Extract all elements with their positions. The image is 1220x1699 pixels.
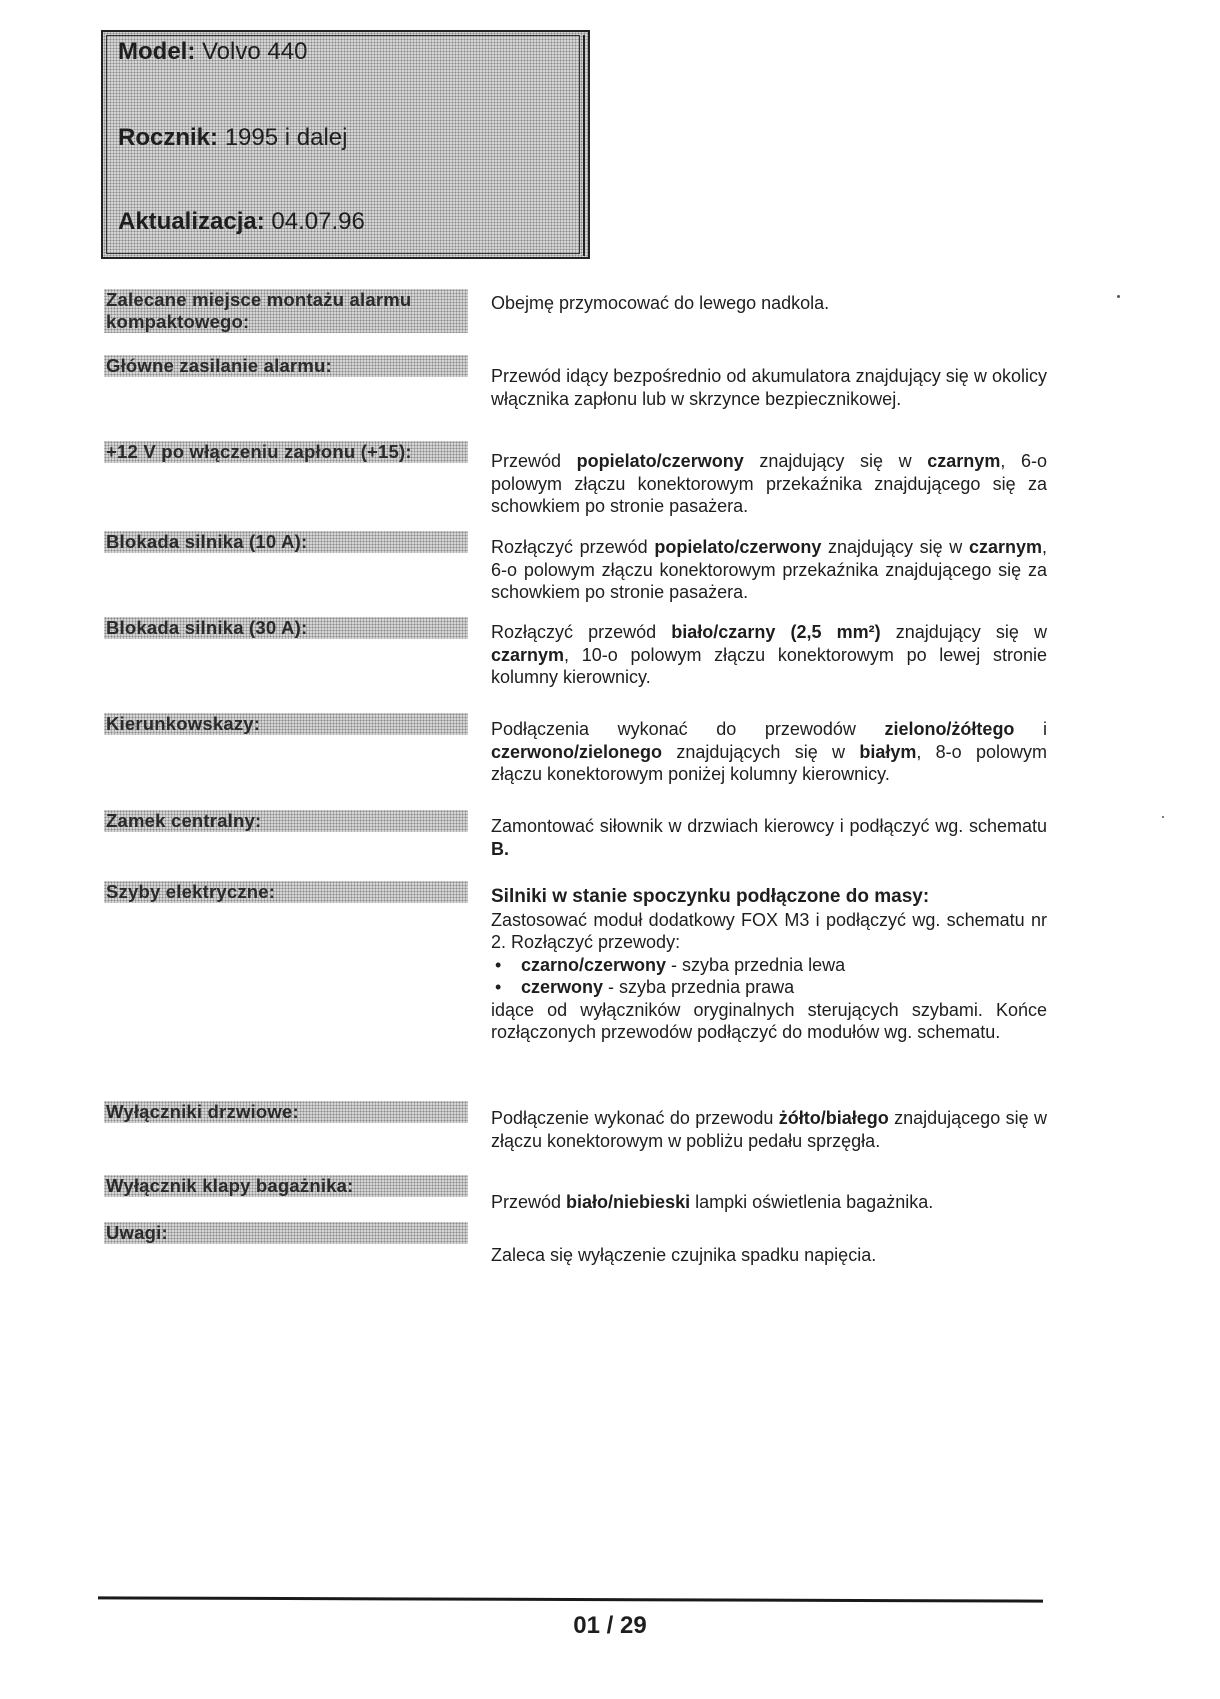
row-label-central-lock: Zamek centralny: bbox=[104, 810, 468, 832]
row-label-ignition: +12 V po włączeniu zapłonu (+15): bbox=[104, 441, 468, 463]
row-value-main-power: Przewód idący bezpośrednio od akumulator… bbox=[491, 365, 1047, 410]
row-label-immobilizer-10a: Blokada silnika (10 A): bbox=[104, 531, 468, 553]
row-value-door-switches: Podłączenie wykonać do przewodu żółto/bi… bbox=[491, 1107, 1047, 1152]
model-line: Model: Volvo 440 bbox=[118, 38, 307, 66]
header-border-line bbox=[583, 35, 585, 256]
scan-speck bbox=[1117, 295, 1120, 298]
row-value-ignition: Przewód popielato/czerwony znajdujący si… bbox=[491, 450, 1047, 518]
row-label-notes: Uwagi: bbox=[104, 1222, 468, 1244]
update-value: 04.07.96 bbox=[271, 208, 364, 235]
power-windows-intro: Zastosować moduł dodatkowy FOX M3 i podł… bbox=[491, 909, 1047, 954]
power-windows-heading: Silniki w stanie spoczynku podłączone do… bbox=[491, 886, 1047, 909]
row-value-turn-signals: Podłączenia wykonać do przewodów zielono… bbox=[491, 718, 1047, 786]
update-label: Aktualizacja: bbox=[118, 208, 265, 235]
row-value-immobilizer-10a: Rozłączyć przewód popielato/czerwony zna… bbox=[491, 536, 1047, 604]
list-item: czarno/czerwony - szyba przednia lewa bbox=[491, 954, 1047, 977]
row-value-power-windows: Silniki w stanie spoczynku podłączone do… bbox=[491, 886, 1047, 1044]
row-value-central-lock: Zamontować siłownik w drzwiach kierowcy … bbox=[491, 815, 1047, 860]
year-value: 1995 i dalej bbox=[225, 124, 348, 151]
scan-speck bbox=[1162, 816, 1164, 818]
footer-divider bbox=[98, 1596, 1043, 1602]
header-border-line bbox=[588, 30, 590, 259]
power-windows-wire-list: czarno/czerwony - szyba przednia lewa cz… bbox=[491, 954, 1047, 999]
row-value-immobilizer-30a: Rozłączyć przewód biało/czarny (2,5 mm²)… bbox=[491, 621, 1047, 689]
row-label-immobilizer-30a: Blokada silnika (30 A): bbox=[104, 617, 468, 639]
row-label-install-location: Zalecane miejsce montażu alarmu kompakto… bbox=[104, 289, 468, 333]
row-value-trunk-switch: Przewód biało/niebieski lampki oświetlen… bbox=[491, 1191, 1047, 1214]
power-windows-outro: idące od wyłączników oryginalnych steruj… bbox=[491, 999, 1047, 1044]
model-value: Volvo 440 bbox=[202, 38, 307, 65]
year-label: Rocznik: bbox=[118, 124, 218, 151]
row-label-power-windows: Szyby elektryczne: bbox=[104, 881, 468, 903]
model-label: Model: bbox=[118, 38, 195, 65]
row-value-notes: Zaleca się wyłączenie czujnika spadku na… bbox=[491, 1244, 1047, 1267]
row-label-main-power: Główne zasilanie alarmu: bbox=[104, 355, 468, 377]
row-value-install-location: Obejmę przymocować do lewego nadkola. bbox=[491, 292, 1047, 315]
row-label-trunk-switch: Wyłącznik klapy bagażnika: bbox=[104, 1175, 468, 1197]
page-number: 01 / 29 bbox=[0, 1612, 1220, 1640]
row-label-turn-signals: Kierunkowskazy: bbox=[104, 713, 468, 735]
list-item: czerwony - szyba przednia prawa bbox=[491, 976, 1047, 999]
row-label-door-switches: Wyłączniki drzwiowe: bbox=[104, 1101, 468, 1123]
update-line: Aktualizacja: 04.07.96 bbox=[118, 208, 365, 236]
year-line: Rocznik: 1995 i dalej bbox=[118, 124, 347, 152]
